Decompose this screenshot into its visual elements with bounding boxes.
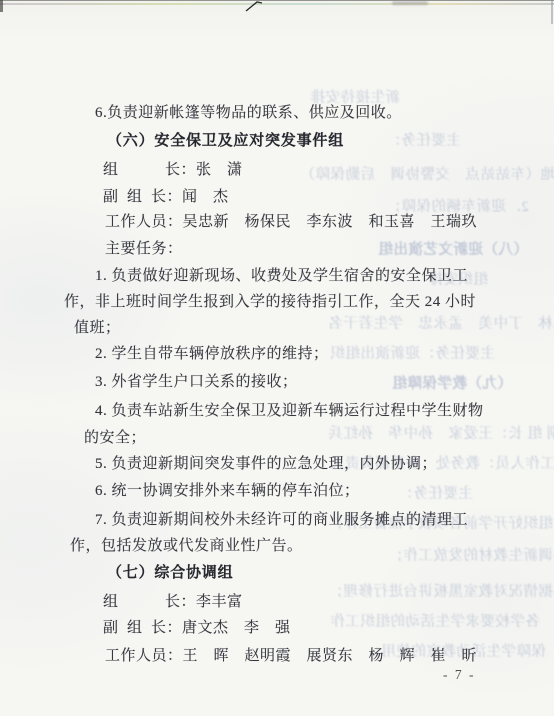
task-line: 5. 负责迎新期间突发事件的应急处理，内外协调； bbox=[95, 452, 437, 473]
task-line: 7. 负责迎新期间校外未经许可的商业服务摊点的清理工 bbox=[95, 508, 468, 529]
bleedthrough-line: 主要任务：迎新演出组织 bbox=[330, 342, 495, 363]
section-heading: （七）综合协调组 bbox=[107, 561, 233, 582]
bleedthrough-line: 工作人员：王艳林 丁中美 孟永忠 学生若干名 bbox=[328, 312, 554, 333]
bleedthrough-line: 2．协调新生教材的发放工作； bbox=[388, 544, 554, 565]
bleedthrough-line: 3．根据情况对教室黑板讲台进行修理； bbox=[328, 580, 554, 601]
role-line: 工作人员：吴忠新 杨保民 李东波 和玉喜 王瑞玖 bbox=[105, 210, 477, 231]
scan-smudge bbox=[392, 1, 428, 5]
bleedthrough-line: 主要任务： bbox=[386, 129, 461, 150]
scan-corner-mark bbox=[0, 0, 3, 12]
scan-color-line bbox=[0, 3, 554, 5]
task-line: 3. 外省学生户口关系的接收； bbox=[95, 370, 298, 391]
role-line: 组 长：李丰富 bbox=[103, 590, 243, 611]
tasks-label: 主要任务： bbox=[105, 237, 183, 258]
task-line: 6. 统一协调安排外来车辆的停车泊位； bbox=[95, 479, 360, 500]
task-line: 作，包括发放或代发商业性广告。 bbox=[70, 534, 303, 555]
bleedthrough-line: 各学校要求学生活动的组织工作 bbox=[330, 610, 540, 631]
role-line: 副 组 长：闻 杰 bbox=[103, 185, 229, 206]
section-heading: （六）安全保卫及应对突发事件组 bbox=[107, 129, 344, 150]
bleedthrough-line: 主要任务： bbox=[398, 482, 473, 503]
task-line: 的安全； bbox=[84, 426, 146, 447]
pen-mark bbox=[244, 0, 264, 18]
role-line: 工作人员：王 晖 赵明霞 展贤东 杨 辉 崔 昕 bbox=[105, 644, 477, 665]
bleedthrough-line: 1．迎新工作的场地（车站站点 交警协调 后勤保障） bbox=[300, 163, 554, 184]
task-line: 1. 负责做好迎新现场、收费处及学生宿舍的安全保卫工 bbox=[95, 264, 468, 285]
bleedthrough-line: （九）教学保障组 bbox=[392, 372, 512, 393]
bleedthrough-line: （八）迎新文艺演出组 bbox=[378, 238, 528, 259]
task-line: 2. 学生自带车辆停放秩序的维持； bbox=[95, 342, 329, 363]
task-line: 4. 负责车站新生安全保卫及迎新车辆运行过程中学生财物 bbox=[95, 399, 484, 420]
role-line: 组 长：张 潇 bbox=[103, 158, 243, 179]
task-item: 6.负责迎新帐篷等物品的联系、供应及回收。 bbox=[95, 101, 402, 122]
task-line: 作，非上班时间学生报到入学的接待指引工作，全天 24 小时 bbox=[64, 290, 476, 311]
scanned-page: 新生接待安排 主要任务： 1．迎新工作的场地（车站站点 交警协调 后勤保障） 2… bbox=[0, 0, 554, 716]
scan-edge-right bbox=[551, 0, 553, 24]
scan-edge-line bbox=[0, 0, 554, 1]
task-line: 值班； bbox=[74, 316, 121, 337]
role-line: 副 组 长：唐文杰 李 强 bbox=[103, 616, 291, 637]
bleedthrough-line: 副 组 长：王爱家 孙中华 孙红兵 bbox=[328, 422, 554, 443]
page-number: - 7 - bbox=[443, 667, 476, 683]
